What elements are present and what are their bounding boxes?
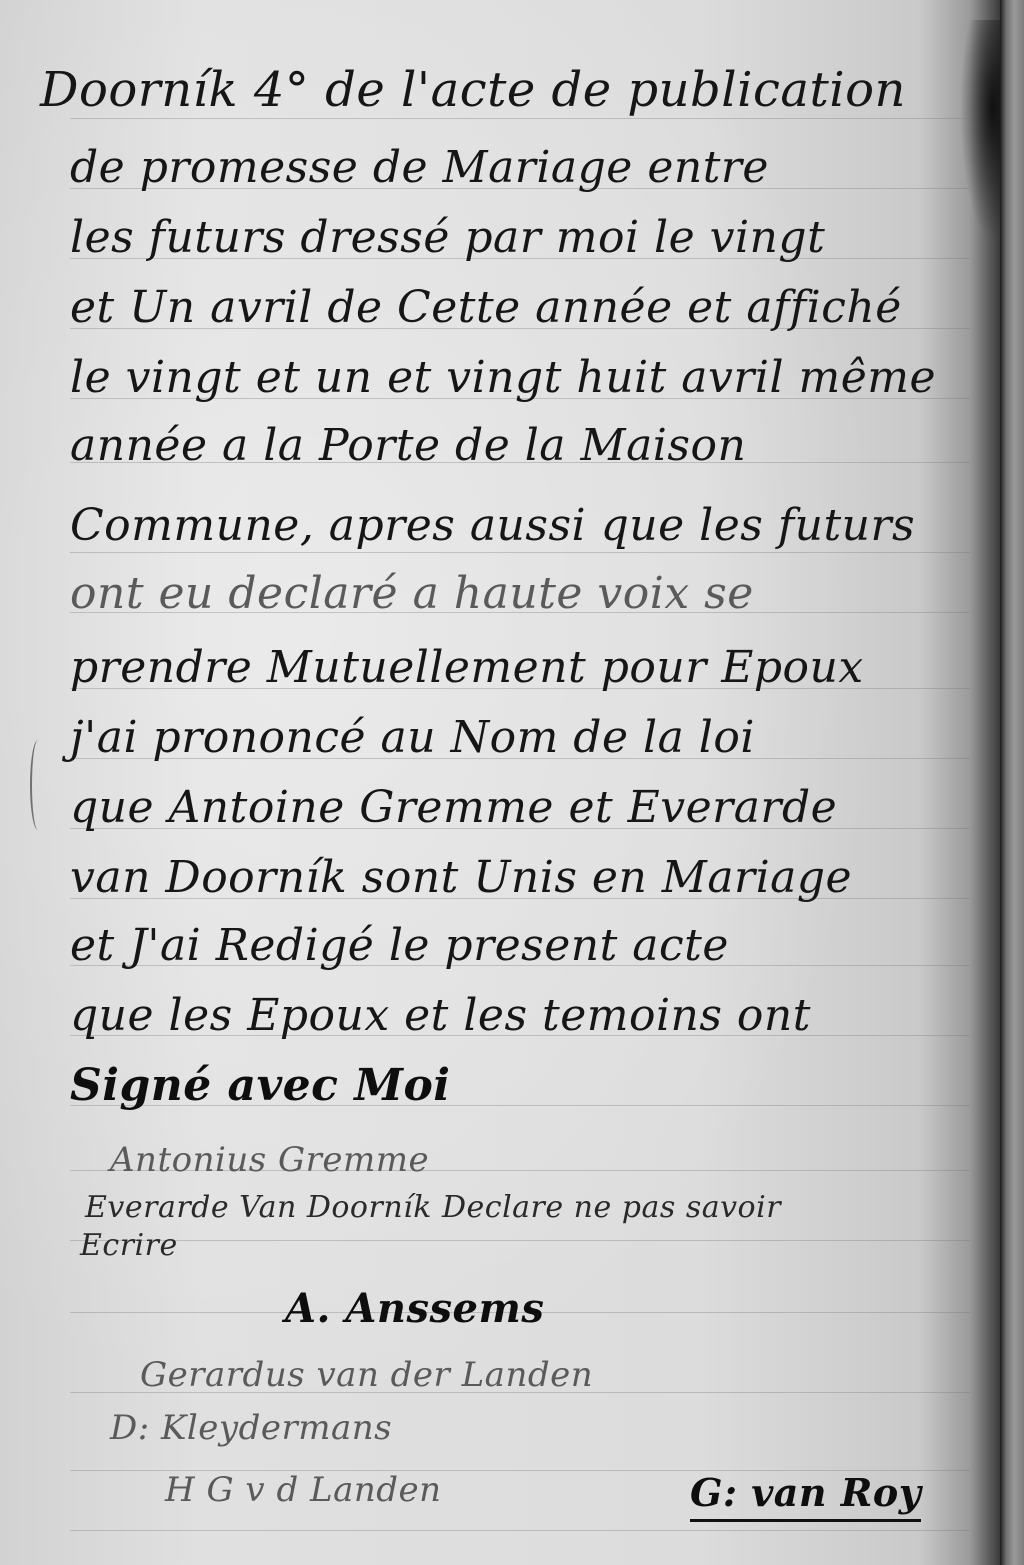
ruled-line	[70, 1240, 970, 1241]
register-page: Doorník 4° de l'acte de publication de p…	[0, 0, 1000, 1565]
text-line-8: ont eu declaré a haute voix se	[70, 568, 754, 619]
text-line-15: Signé avec Moi	[70, 1060, 451, 1111]
ruled-line	[70, 118, 970, 119]
signature-witness-3: H G v d Landen	[165, 1470, 442, 1510]
signature-witness-2: D: Kleydermans	[110, 1408, 392, 1448]
text-line-1: Doorník 4° de l'acte de publication	[40, 62, 906, 118]
text-line-12: van Doorník sont Unis en Mariage	[70, 852, 852, 903]
text-line-10: j'ai prononcé au Nom de la loi	[70, 712, 755, 763]
margin-flourish	[30, 740, 46, 830]
signature-anssems: A. Anssems	[285, 1285, 544, 1332]
text-line-11: que Antoine Gremme et Everarde	[70, 782, 837, 833]
text-line-7: Commune, apres aussi que les futurs	[70, 500, 915, 551]
text-line-14: que les Epoux et les temoins ont	[70, 990, 811, 1041]
signature-witness-1: Gerardus van der Landen	[140, 1355, 593, 1395]
signature-officer: G: van Roy	[690, 1470, 921, 1522]
page-shadow	[960, 20, 1000, 240]
text-line-9: prendre Mutuellement pour Epoux	[70, 642, 864, 693]
ruled-line	[70, 552, 970, 553]
signature-bride-note: Everarde Van Doorník Declare ne pas savo…	[85, 1190, 781, 1225]
book-spine	[1000, 0, 1024, 1565]
text-line-5: le vingt et un et vingt huit avril même	[70, 352, 936, 403]
text-line-4: et Un avril de Cette année et affiché	[70, 282, 902, 333]
text-line-13: et J'ai Redigé le present acte	[70, 920, 729, 971]
signature-groom: Antonius Gremme	[110, 1140, 429, 1180]
text-line-2: de promesse de Mariage entre	[70, 142, 769, 193]
text-line-3: les futurs dressé par moi le vingt	[70, 212, 825, 263]
ruled-line	[70, 1530, 970, 1531]
signature-bride-note-cont: Ecrire	[80, 1228, 178, 1263]
text-line-6: année a la Porte de la Maison	[70, 420, 746, 471]
